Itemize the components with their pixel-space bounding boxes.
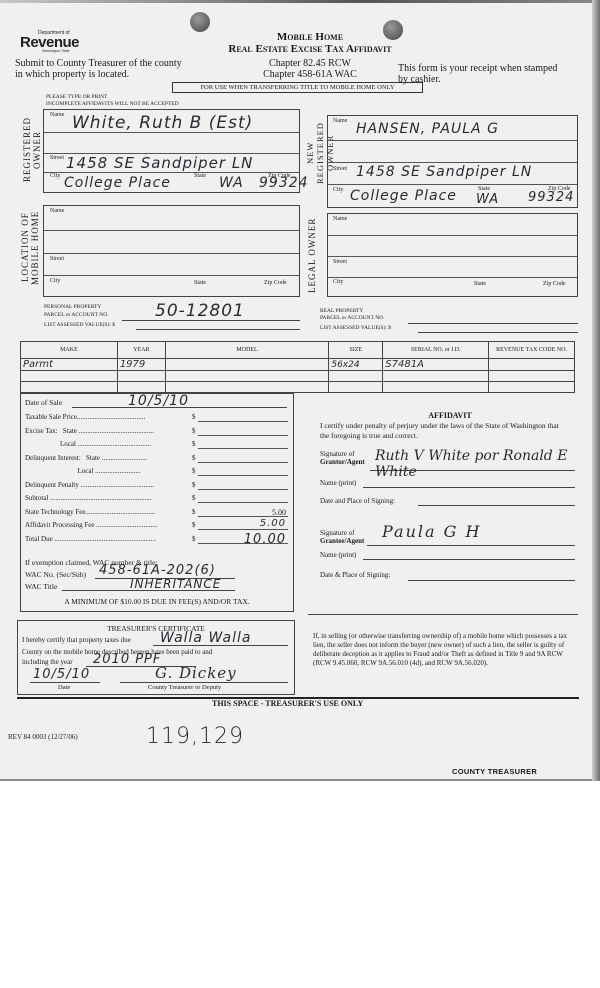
affidavit-heading: AFFIDAVIT <box>320 411 580 420</box>
col-model: MODEL <box>165 342 329 359</box>
revenue-code-cell[interactable] <box>489 359 575 371</box>
legal-owner-box: Name Street City State Zip Code <box>327 213 578 297</box>
chapter-rcw: Chapter 82.45 RCW <box>230 58 390 69</box>
dollar-sign: $ <box>192 535 196 543</box>
dollar-sign: $ <box>192 440 196 448</box>
revenue-code-cell[interactable] <box>489 382 575 393</box>
col-size: SIZE <box>329 342 383 359</box>
year-cell[interactable]: 1979 <box>117 359 165 371</box>
affidavit-certify-text: I certify under penalty of perjury under… <box>320 421 560 441</box>
year-cell[interactable] <box>117 371 165 382</box>
scanned-form-page: Department of Revenue Washington State M… <box>0 0 594 781</box>
paper-edge <box>592 0 600 781</box>
new-registered-owner-box: Name HANSEN, PAULA G Street 1458 SE Sand… <box>327 115 578 208</box>
registered-owner-city[interactable]: College Place <box>64 175 171 191</box>
personal-assessed-label: LIST ASSESSED VALUE(S): $ <box>44 322 115 328</box>
fee-label: Taxable Sale Price......................… <box>25 413 145 421</box>
fee-label: Delinquent Penalty .....................… <box>25 481 154 489</box>
date-place-label-2: Date & Place of Signing: <box>320 571 390 579</box>
chapter-wac: Chapter 458-61A WAC <box>230 69 390 80</box>
registered-owner-zip[interactable]: 99324 <box>259 175 309 191</box>
location-box: Name Street City State Zip Code <box>43 205 300 297</box>
treasurer-line1: I hereby certify that property taxes due <box>22 636 131 644</box>
model-cell[interactable] <box>165 359 329 371</box>
new-owner-city[interactable]: College Place <box>350 188 457 204</box>
registered-owner-state[interactable]: WA <box>219 175 244 191</box>
date-of-sale-value[interactable]: 10/5/10 <box>128 393 189 409</box>
fee-label: Local ..................................… <box>25 440 151 448</box>
name-print-label-2: Name (print) <box>320 551 356 559</box>
treasurer-line3: including the year <box>22 658 73 666</box>
fee-value[interactable]: 5.00 <box>196 518 286 529</box>
size-cell[interactable] <box>329 382 383 393</box>
real-property-heading: REAL PROPERTY <box>320 308 363 314</box>
wac-no-label: WAC No. (Sec/Sub) <box>25 570 86 579</box>
registered-owner-label: REGISTERED OWNER <box>22 110 44 190</box>
fee-label: Total Due ..............................… <box>25 535 156 543</box>
minimum-notice: A MINIMUM OF $10.00 IS DUE IN FEE(S) AND… <box>20 597 294 606</box>
personal-parcel-value[interactable]: 50-12801 <box>155 301 245 321</box>
treasurer-certificate-heading: TREASURER'S CERTIFICATE <box>17 624 295 633</box>
fee-label: State Technology Fee....................… <box>25 508 155 516</box>
make-cell[interactable]: Parmt <box>21 359 118 371</box>
dollar-sign: $ <box>192 508 196 516</box>
serial-cell[interactable]: S7481A <box>383 359 489 371</box>
date-place-label: Date and Place of Signing: <box>320 497 395 505</box>
grantor-signature[interactable]: Ruth V White por Ronald E White <box>375 448 594 480</box>
model-cell[interactable] <box>165 382 329 393</box>
registered-owner-box: Name White, Ruth B (Est) Street 1458 SE … <box>43 109 300 193</box>
legal-owner-label: LEGAL OWNER <box>307 215 329 295</box>
dollar-sign: $ <box>192 467 196 475</box>
date-of-sale-label: Date of Sale <box>25 398 62 407</box>
grantee-signature-label: Signature of Grantee/Agent <box>320 529 364 545</box>
make-cell[interactable] <box>21 382 118 393</box>
make-cell[interactable] <box>21 371 118 382</box>
treasurer-signature[interactable]: G. Dickey <box>155 664 237 682</box>
grantor-signature-label: Signature of Grantor/Agent <box>320 450 365 466</box>
fee-label: Subtotal ...............................… <box>25 494 152 502</box>
receipt-note: This form is your receipt when stamped b… <box>398 63 588 85</box>
fee-label: Delinquent Interest: State .............… <box>25 454 147 462</box>
serial-cell[interactable] <box>383 371 489 382</box>
new-owner-street[interactable]: 1458 SE Sandpiper LN <box>356 164 532 180</box>
table-header-row: MAKE YEAR MODEL SIZE SERIAL NO. or I.D. … <box>21 342 575 359</box>
mobile-home-table: MAKE YEAR MODEL SIZE SERIAL NO. or I.D. … <box>20 341 575 393</box>
registered-owner-street[interactable]: 1458 SE Sandpiper LN <box>66 154 253 172</box>
treasurer-county-value[interactable]: Walla Walla <box>160 630 251 646</box>
size-cell[interactable] <box>329 371 383 382</box>
handwritten-number: 119,129 <box>146 724 244 749</box>
treasurer-date-label: Date <box>58 684 70 691</box>
form-title-line2: Real Estate Excise Tax Affidavit <box>180 43 440 55</box>
fee-label: Local .......................... <box>25 467 141 475</box>
real-assessed-label: LIST ASSESSED VALUE(S): $ <box>320 325 391 331</box>
lien-notice: If, in selling (or otherwise transferrin… <box>313 632 573 668</box>
registered-owner-name[interactable]: White, Ruth B (Est) <box>72 113 253 133</box>
grantee-signature[interactable]: Paula G H <box>382 522 481 541</box>
new-registered-owner-label: NEW REGISTERED OWNER <box>305 112 329 194</box>
model-cell[interactable] <box>165 371 329 382</box>
punch-hole-icon <box>190 12 210 32</box>
fee-label: Excise Tax: State ......................… <box>25 427 154 435</box>
treasurer-date-value[interactable]: 10/5/10 <box>33 667 90 682</box>
personal-property-heading: PERSONAL PROPERTY <box>44 304 101 310</box>
name-print-label: Name (print) <box>320 479 356 487</box>
new-owner-state[interactable]: WA <box>476 192 499 207</box>
paper-edge <box>0 0 600 3</box>
treasurer-signature-label: County Treasurer or Deputy <box>148 684 221 691</box>
real-parcel-label: PARCEL or ACCOUNT NO. <box>320 315 385 321</box>
dollar-sign: $ <box>192 413 196 421</box>
revenue-code-cell[interactable] <box>489 371 575 382</box>
col-make: MAKE <box>21 342 118 359</box>
size-cell[interactable]: 56x24 <box>329 359 383 371</box>
new-owner-name[interactable]: HANSEN, PAULA G <box>356 121 499 137</box>
form-title-line1: Mobile Home <box>230 31 390 43</box>
fee-value[interactable]: 10.00 <box>196 532 286 547</box>
fee-label: Affidavit Processing Fee ...............… <box>25 521 157 529</box>
wac-no-value[interactable]: 458-61A-202(6) <box>99 563 216 578</box>
year-cell[interactable] <box>117 382 165 393</box>
new-owner-zip[interactable]: 99324 <box>528 190 574 205</box>
serial-cell[interactable] <box>383 382 489 393</box>
table-row <box>21 371 575 382</box>
wac-title-value[interactable]: INHERITANCE <box>130 577 221 591</box>
table-row: Parmt 1979 56x24 S7481A <box>21 359 575 371</box>
personal-parcel-label: PARCEL or ACCOUNT NO. <box>44 312 109 318</box>
county-treasurer-stamp: COUNTY TREASURER <box>452 767 537 776</box>
print-instructions: PLEASE TYPE OR PRINT INCOMPLETE AFFIDAVI… <box>46 94 179 108</box>
wac-title-label: WAC Title <box>25 582 57 591</box>
col-year: YEAR <box>117 342 165 359</box>
table-row <box>21 382 575 393</box>
use-notice-box: FOR USE WHEN TRANSFERRING TITLE TO MOBIL… <box>172 82 423 93</box>
dollar-sign: $ <box>192 454 196 462</box>
submit-instructions: Submit to County Treasurer of the county… <box>15 58 215 80</box>
dollar-sign: $ <box>192 427 196 435</box>
dollar-sign: $ <box>192 521 196 529</box>
dollar-sign: $ <box>192 494 196 502</box>
col-revenue-code: REVENUE TAX CODE NO. <box>489 342 575 359</box>
col-serial: SERIAL NO. or I.D. <box>383 342 489 359</box>
fee-value[interactable]: 5.00 <box>196 508 286 517</box>
dollar-sign: $ <box>192 481 196 489</box>
treasurer-year-value[interactable]: 2010 PPF <box>93 652 161 667</box>
revenue-logo: Department of Revenue Washington State <box>16 30 78 54</box>
treasurer-use-only: THIS SPACE - TREASURER'S USE ONLY <box>212 699 363 708</box>
form-number: REV 84 0003 (12/27/06) <box>8 733 78 741</box>
